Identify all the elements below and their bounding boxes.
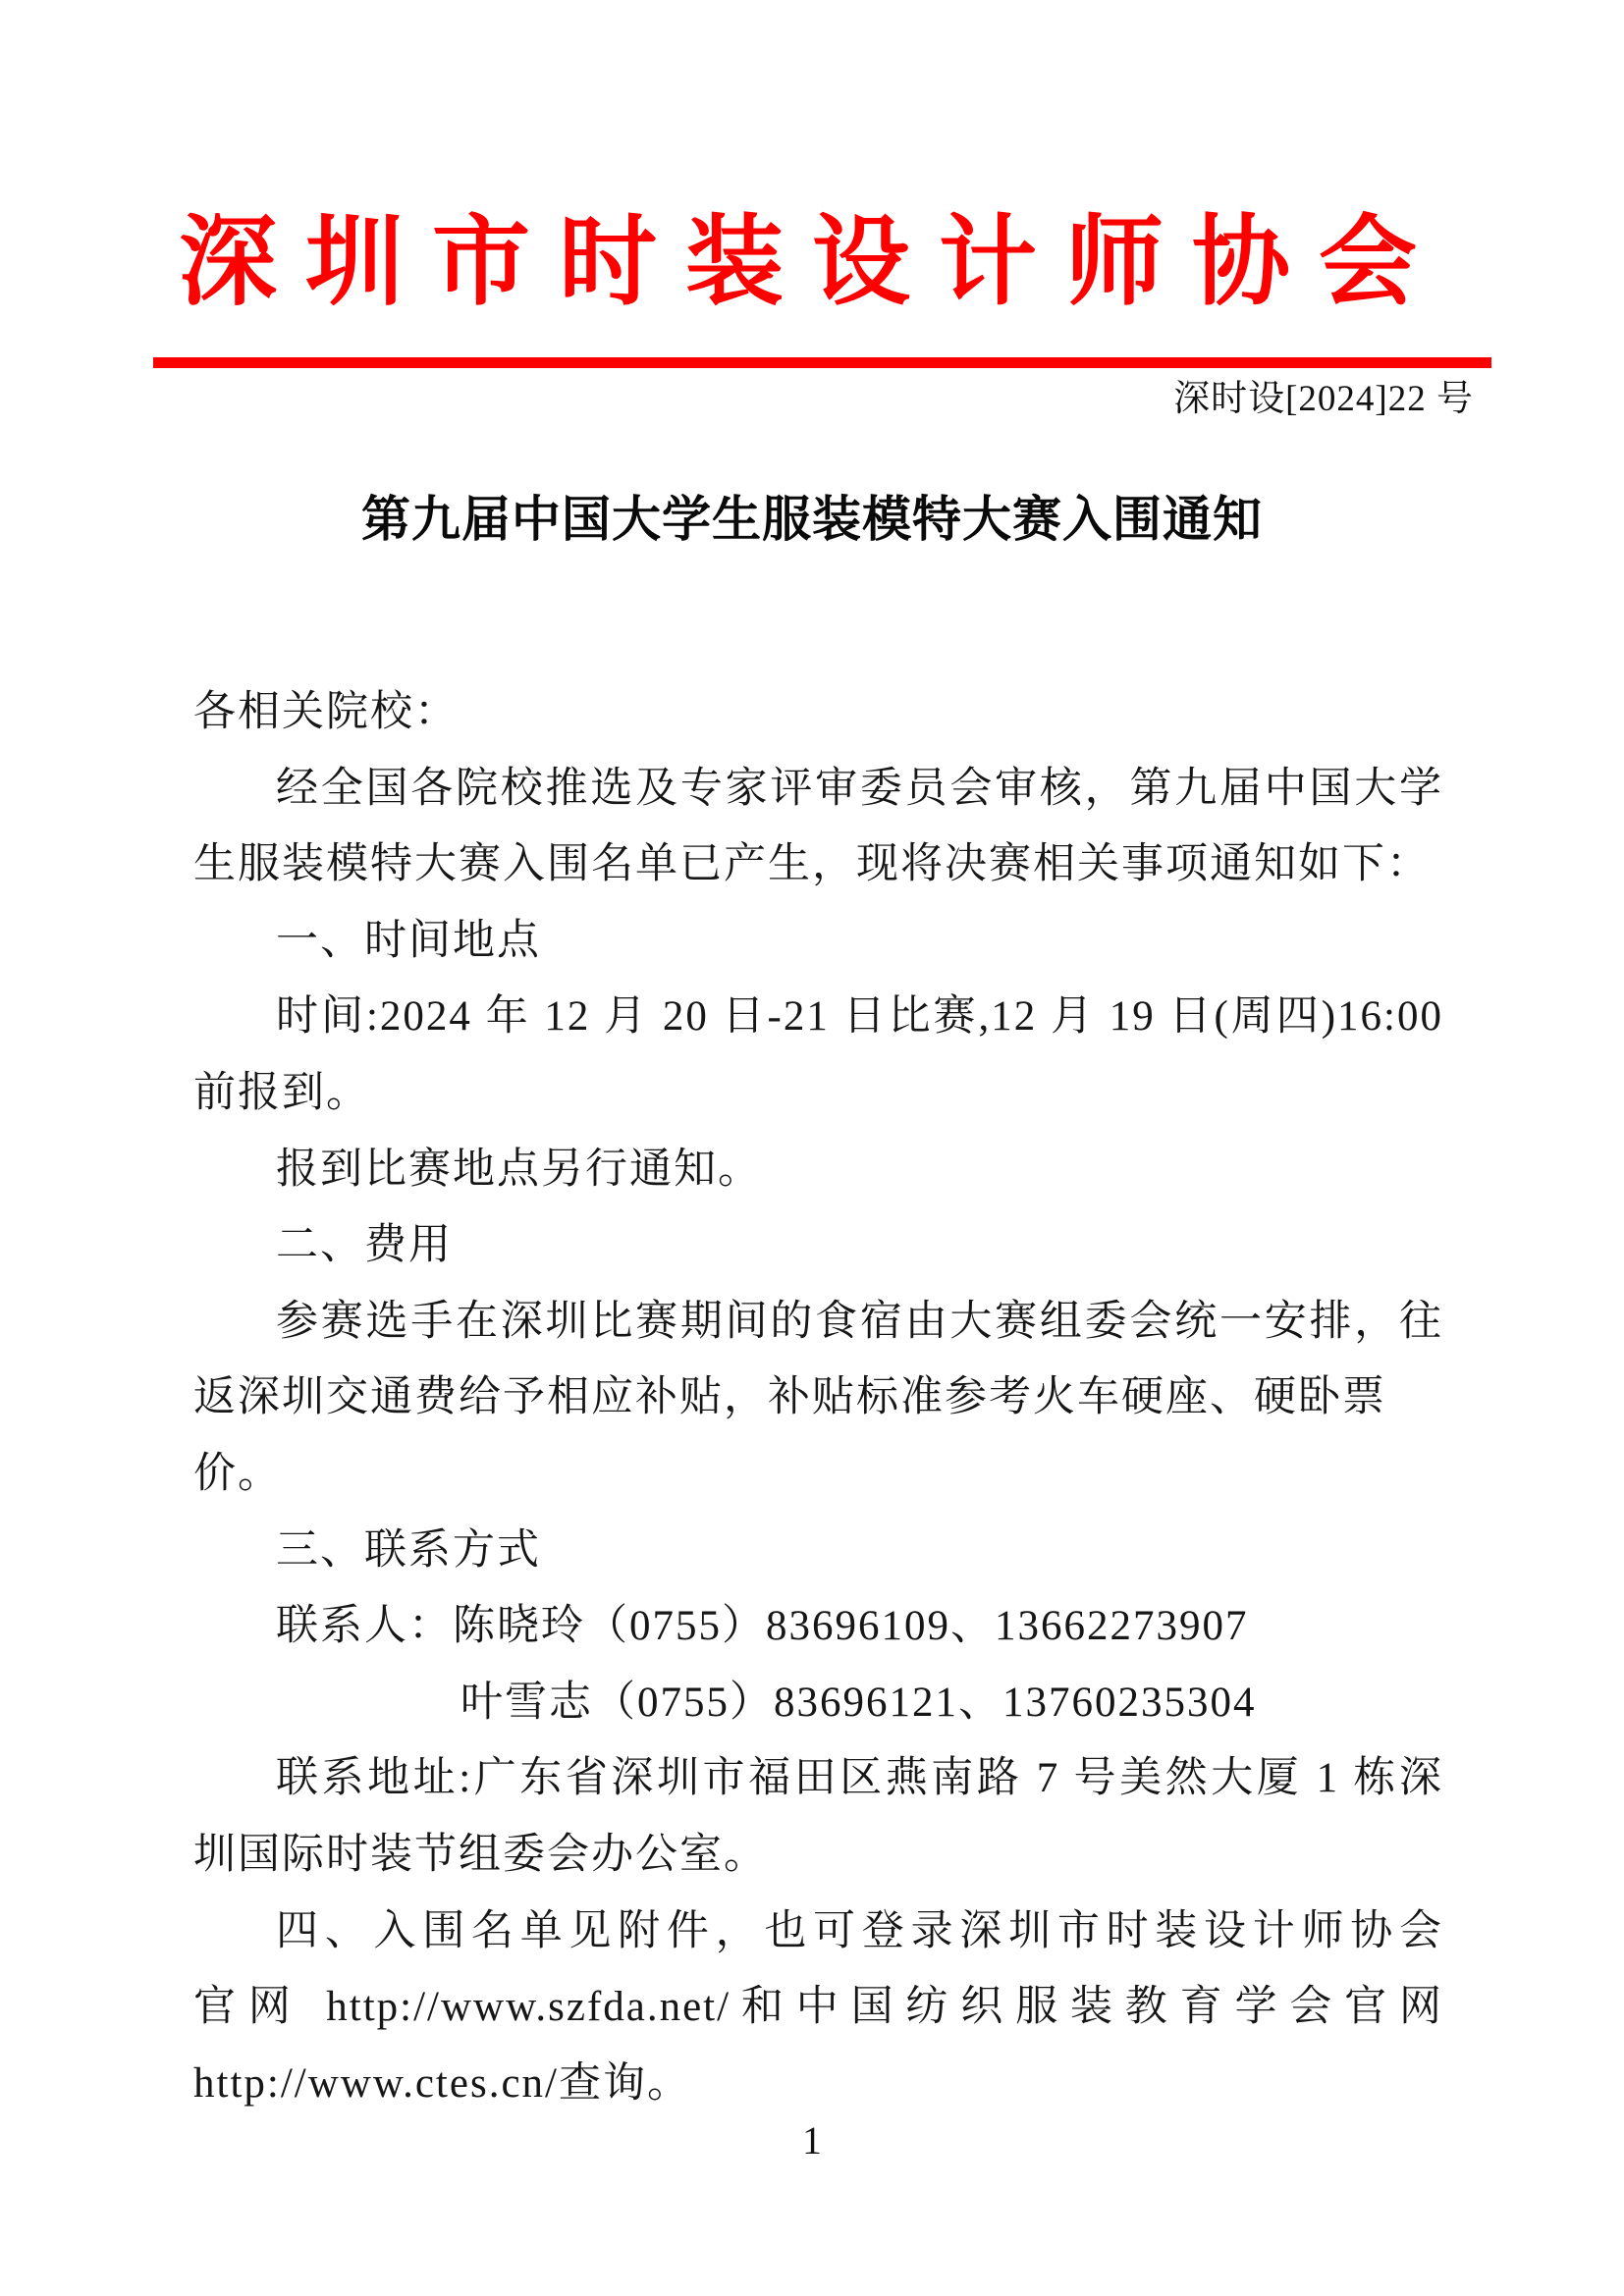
body-line: 前报到。 xyxy=(193,1055,1443,1132)
letterhead-org-name: 深圳市时装设计师协会 xyxy=(0,201,1624,324)
red-divider-line xyxy=(153,357,1491,368)
body-line: 时间:2024 年 12 月 20 日-21 日比赛,12 月 19 日(周四)… xyxy=(193,979,1443,1055)
body-line-address: 联系地址:广东省深圳市福田区燕南路 7 号美然大厦 1 栋深 xyxy=(193,1740,1443,1817)
notice-title: 第九届中国大学生服装模特大赛入围通知 xyxy=(0,489,1624,550)
doc-number: 深时设[2024]22 号 xyxy=(1173,379,1474,420)
body-line-contact-1: 联系人：陈晓玲（0755）83696109、13662273907 xyxy=(193,1588,1443,1665)
body-line-section-2: 二、费用 xyxy=(193,1207,1443,1284)
body-line: 生服装模特大赛入围名单已产生，现将决赛相关事项通知如下： xyxy=(193,827,1443,903)
body-line: 经全国各院校推选及专家评审委员会审核，第九届中国大学 xyxy=(193,751,1443,828)
body-line: 报到比赛地点另行通知。 xyxy=(193,1132,1443,1208)
body-line-section-1: 一、时间地点 xyxy=(193,903,1443,980)
body-line: 圳国际时装节组委会办公室。 xyxy=(193,1817,1443,1894)
notice-body: 各相关院校： 经全国各院校推选及专家评审委员会审核，第九届中国大学 生服装模特大… xyxy=(193,674,1443,2121)
body-line: 返深圳交通费给予相应补贴，补贴标准参考火车硬座、硬卧票价。 xyxy=(193,1360,1443,1512)
body-line-salutation: 各相关院校： xyxy=(193,674,1443,751)
page-number: 1 xyxy=(0,2118,1624,2163)
body-line-contact-2: 叶雪志（0755）83696121、13760235304 xyxy=(193,1665,1443,1741)
body-line-section-3: 三、联系方式 xyxy=(193,1513,1443,1589)
body-line-section-4: 四、入围名单见附件，也可登录深圳市时装设计师协会 xyxy=(193,1894,1443,1970)
document-page: 深圳市时装设计师协会 深时设[2024]22 号 第九届中国大学生服装模特大赛入… xyxy=(0,0,1624,2296)
body-line-website-1: 官网 http://www.szfda.net/和中国纺织服装教育学会官网 xyxy=(193,1969,1443,2046)
body-line-website-2: http://www.ctes.cn/查询。 xyxy=(193,2046,1443,2122)
body-line: 参赛选手在深圳比赛期间的食宿由大赛组委会统一安排，往 xyxy=(193,1284,1443,1361)
